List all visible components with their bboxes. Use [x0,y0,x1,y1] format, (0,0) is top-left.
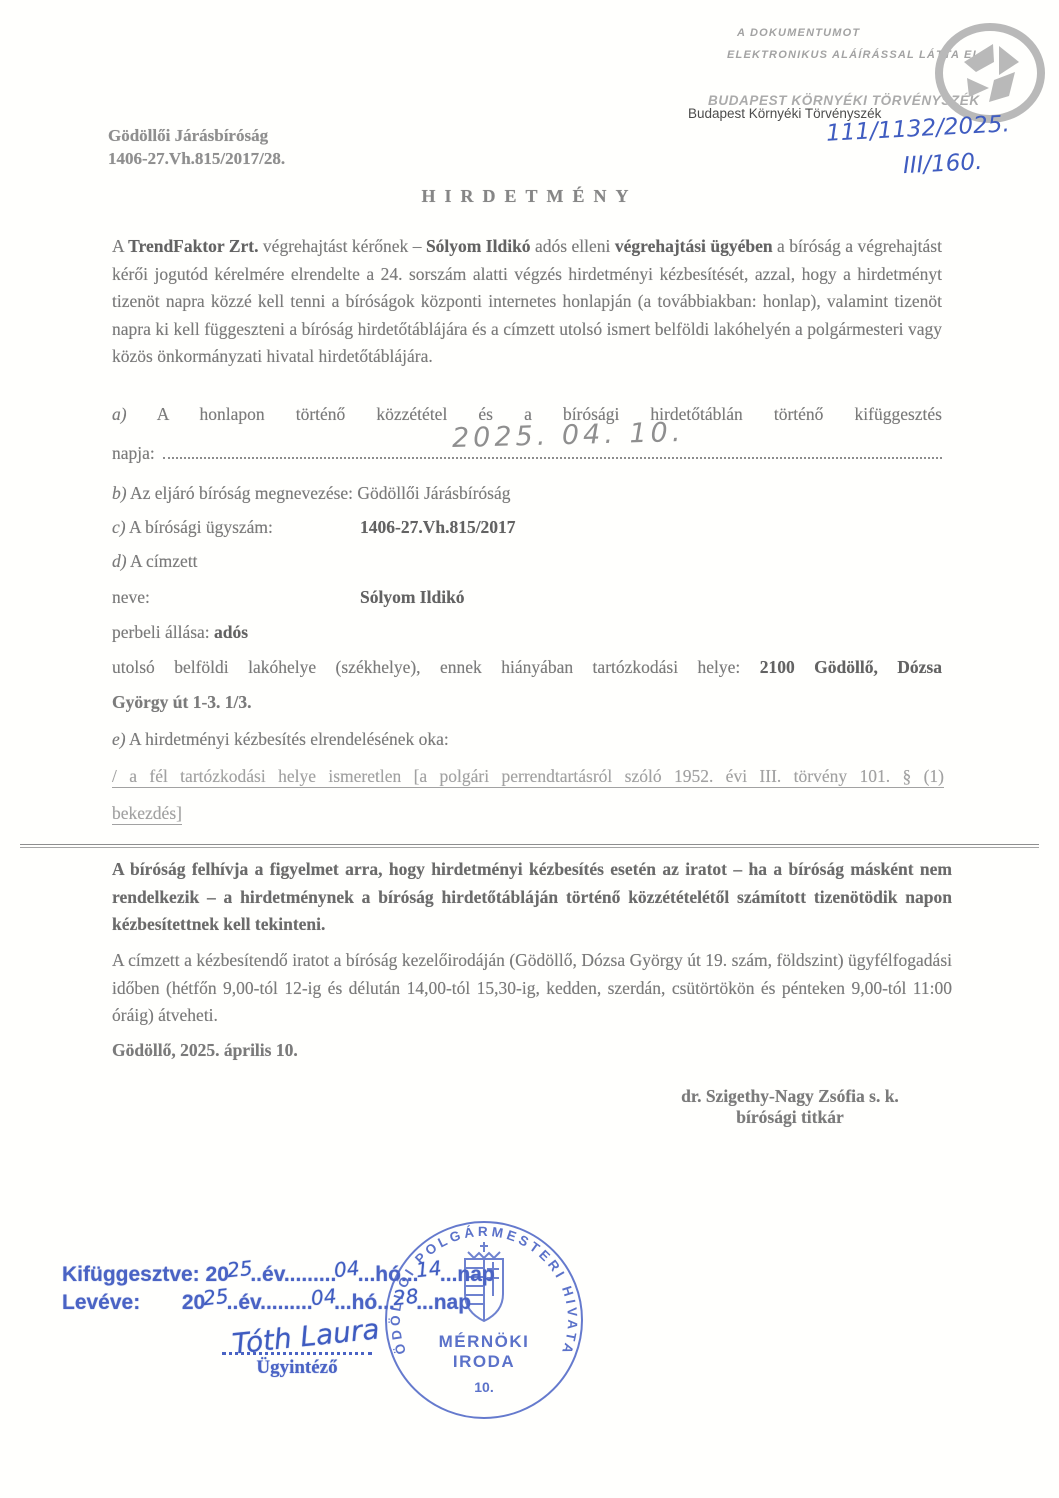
role-label: perbeli állása: [112,622,210,642]
section-d-text: A címzett [130,551,198,571]
handwritten-publication-date: 2025. 04. 10. [452,417,685,454]
posted-label: Kifüggesztve: [62,1263,200,1286]
section-a-napja-label: napja: [112,443,155,464]
section-b: b) Az eljáró bíróság megnevezése: Gödöll… [112,483,511,504]
hungarian-coat-of-arms-icon [465,1242,503,1321]
section-a-label: a) [112,404,127,424]
addressee-role: adós [214,622,248,642]
posted-month-handwritten: 04 [333,1256,361,1283]
creditor-name: TrendFaktor Zrt. [128,236,258,256]
section-d: d) A címzett [112,551,198,572]
pickup-info-paragraph: A címzett a kézbesítendő iratot a bírósá… [112,947,952,1030]
posted-prefix: 20 [206,1263,229,1286]
section-c-text: A bírósági ügyszám: [129,517,273,537]
removed-ev-dots: ..év......... [227,1291,313,1314]
removed-month-handwritten: 04 [309,1284,337,1311]
stamp-number: 10. [474,1379,493,1395]
removed-year-handwritten: 25 [202,1284,230,1311]
section-b-label: b) [112,483,127,503]
signatory-title: bírósági titkár [580,1107,1000,1128]
issuing-court-name: Gödöllői Járásbíróság [108,124,285,147]
section-c: c) A bírósági ügyszám: 1406-27.Vh.815/20… [112,517,273,538]
addressee-address-part1: 2100 Gödöllő, Dózsa [760,657,942,677]
legal-notice-paragraph: A bíróság felhívja a figyelmet arra, hog… [112,856,952,939]
intro-seg2: végrehajtást kérőnek – [258,236,425,256]
case-number: 1406-27.Vh.815/2017/28. [108,147,285,170]
section-e-text: A hirdetményi kézbesítés elrendelésének … [129,729,449,749]
intro-seg3: adós elleni [531,236,615,256]
section-c-label: c) [112,517,126,537]
stamp-office-line2: IRODA [453,1352,515,1371]
posted-year-handwritten: 25 [226,1256,254,1283]
section-e-label: e) [112,729,126,749]
stamp-office-line1: MÉRNÖKI [439,1332,530,1351]
debtor-name-inline: Sólyom Ildikó [426,236,531,256]
addressee-name: Sólyom Ildikó [360,587,465,608]
section-divider [20,844,1039,848]
clerk-signature-dotted-line [222,1352,372,1355]
addressee-role-row: perbeli állása: adós [112,622,248,643]
signatory-name: dr. Szigethy-Nagy Zsófia s. k. [580,1086,1000,1107]
posted-ev-dots: ..év......... [250,1263,336,1286]
dateline: Gödöllő, 2025. április 10. [112,1040,298,1061]
esign-note-line1: A DOKUMENTUMOT [737,27,860,39]
removed-label: Levéve: [62,1291,176,1315]
section-d-label: d) [112,551,127,571]
delivery-reason-line2: bekezdés] [112,795,182,832]
delivery-reason-line1: / a fél tartózkodási helye ismeretlen [a… [112,758,944,795]
clerk-title: Ügyintéző [222,1357,372,1379]
name-label: neve: [112,587,150,607]
addressee-name-row: neve: Sólyom Ildikó [112,587,150,608]
section-b-text: Az eljáró bíróság megnevezése: Gödöllői … [130,483,511,503]
addressee-address-part2: György út 1-3. 1/3. [112,692,252,713]
court-case-id: 1406-27.Vh.815/2017 [360,517,516,538]
case-type-inline: végrehajtási ügyében [615,236,773,256]
section-e: e) A hirdetményi kézbesítés elrendelésén… [112,729,449,750]
document-title: HIRDETMÉNY [0,186,1059,207]
intro-seg1: A [112,236,128,256]
handwritten-filing-subnumber: III/160. [902,149,983,179]
address-label: utolsó belföldi lakóhelye (székhelye), e… [112,657,740,677]
intro-paragraph: A TrendFaktor Zrt. végrehajtást kérőnek … [112,233,942,371]
scanned-court-notice-page: A DOKUMENTUMOT ELEKTRONIKUS ALÁÍRÁSSAL L… [0,0,1059,1498]
municipal-round-stamp: GÖDÖLLŐI POLGÁRMESTERI HIVATAL MÉRNÖKI I… [378,1214,590,1431]
address-row-line1: utolsó belföldi lakóhelye (székhelye), e… [112,657,942,678]
signature-block: dr. Szigethy-Nagy Zsófia s. k. bírósági … [580,1086,1000,1128]
